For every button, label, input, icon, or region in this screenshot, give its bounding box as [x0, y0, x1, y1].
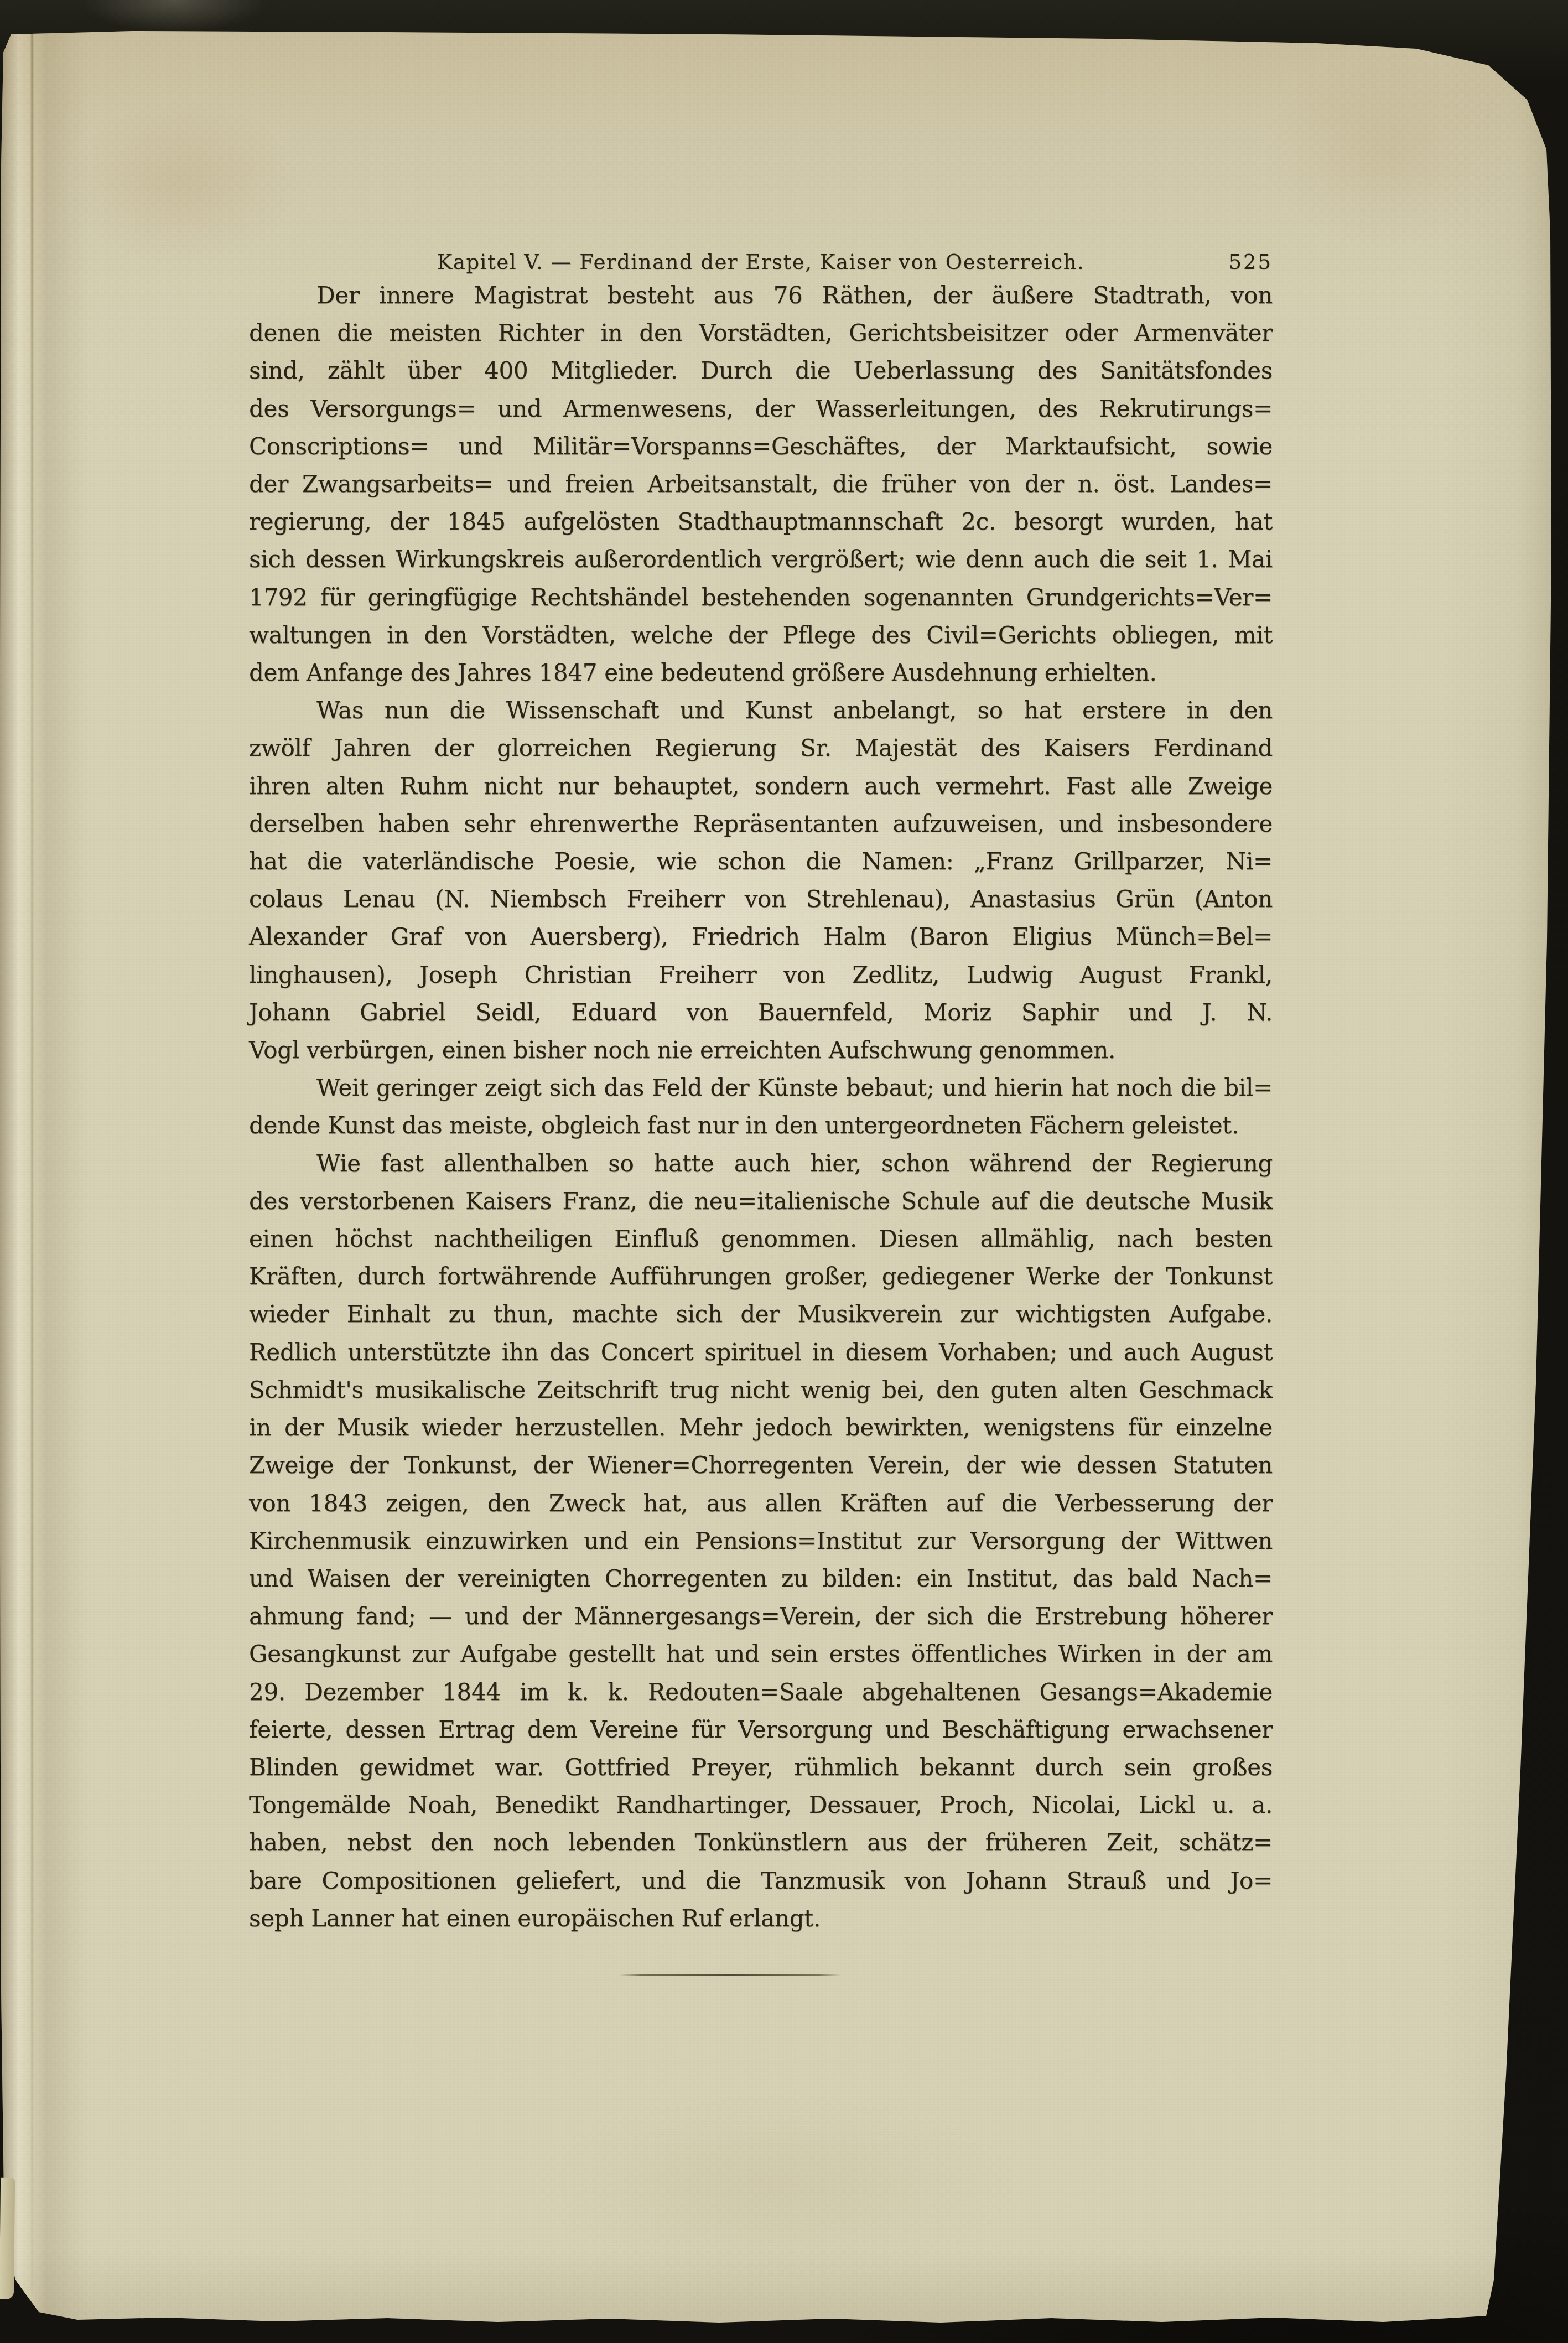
text-line: Der innere Magistrat besteht aus 76 Räth… — [249, 277, 1273, 314]
text-line: regierung, der 1845 aufgelösten Stadthau… — [249, 503, 1273, 541]
text-line: Zweige der Tonkunst, der Wiener=Chorrege… — [249, 1447, 1273, 1484]
text-line: feierte, dessen Ertrag dem Vereine für V… — [249, 1711, 1273, 1749]
text-line: Wie fast allenthalben so hatte auch hier… — [249, 1145, 1273, 1183]
section-divider-rule — [619, 1974, 841, 1976]
paper-stain — [526, 2092, 1024, 2280]
text-line: und Waisen der vereinigten Chorregenten … — [249, 1560, 1273, 1598]
book-page: Kapitel V. — Ferdinand der Erste, Kaiser… — [0, 0, 1568, 2343]
page-header: Kapitel V. — Ferdinand der Erste, Kaiser… — [249, 250, 1273, 276]
text-line: Conscriptions= und Militär=Vorspanns=Ges… — [249, 428, 1273, 465]
text-line: sind, zählt über 400 Mitglieder. Durch d… — [249, 352, 1273, 390]
text-line: dende Kunst das meiste, obgleich fast nu… — [249, 1107, 1273, 1144]
text-line: zwölf Jahren der glorreichen Regierung S… — [249, 729, 1273, 767]
text-line: waltungen in den Vorstädten, welche der … — [249, 616, 1273, 654]
underlying-page-edge — [0, 2178, 15, 2299]
text-line: des Versorgungs= und Armenwesens, der Wa… — [249, 390, 1273, 428]
text-line: ihren alten Ruhm nicht nur behauptet, so… — [249, 768, 1273, 805]
text-line: hat die vaterländische Poesie, wie schon… — [249, 843, 1273, 880]
text-line: denen die meisten Richter in den Vorstäd… — [249, 314, 1273, 352]
text-line: ahmung fand; — und der Männergesangs=Ver… — [249, 1598, 1273, 1635]
text-line: Kirchenmusik einzuwirken und ein Pension… — [249, 1522, 1273, 1560]
text-line: wieder Einhalt zu thun, machte sich der … — [249, 1295, 1273, 1333]
paper-stain — [1261, 50, 1516, 249]
page-text: Der innere Magistrat besteht aus 76 Räth… — [249, 277, 1273, 1937]
page-number: 525 — [1228, 250, 1273, 274]
text-line: haben, nebst den noch lebenden Tonkünstl… — [249, 1824, 1273, 1862]
running-title: Kapitel V. — Ferdinand der Erste, Kaiser… — [249, 250, 1273, 274]
text-line: Vogl verbürgen, einen bisher noch nie er… — [249, 1031, 1273, 1069]
text-line: Redlich unterstützte ihn das Concert spi… — [249, 1334, 1273, 1371]
text-line: Alexander Graf von Auersberg), Friedrich… — [249, 918, 1273, 956]
text-line: Johann Gabriel Seidl, Eduard von Bauernf… — [249, 994, 1273, 1031]
text-line: in der Musik wieder herzustellen. Mehr j… — [249, 1409, 1273, 1447]
text-line: des verstorbenen Kaisers Franz, die neu=… — [249, 1183, 1273, 1220]
text-line: linghausen), Joseph Christian Freiherr v… — [249, 956, 1273, 994]
text-line: colaus Lenau (N. Niembsch Freiherr von S… — [249, 880, 1273, 918]
text-line: bare Compositionen geliefert, und die Ta… — [249, 1862, 1273, 1900]
text-line: derselben haben sehr ehrenwerthe Repräse… — [249, 805, 1273, 843]
text-line: 1792 für geringfügige Rechtshändel beste… — [249, 579, 1273, 616]
text-line: der Zwangsarbeits= und freien Arbeitsans… — [249, 465, 1273, 503]
text-line: Weit geringer zeigt sich das Feld der Kü… — [249, 1069, 1273, 1107]
text-line: sich dessen Wirkungskreis außerordentlic… — [249, 541, 1273, 578]
text-line: Gesangkunst zur Aufgabe gestellt hat und… — [249, 1635, 1273, 1673]
scan-background: Kapitel V. — Ferdinand der Erste, Kaiser… — [0, 0, 1568, 2343]
text-line: Tongemälde Noah, Benedikt Randhartinger,… — [249, 1786, 1273, 1824]
text-line: 29. Dezember 1844 im k. k. Redouten=Saal… — [249, 1673, 1273, 1711]
gutter-crease — [31, 33, 33, 2291]
text-line: Was nun die Wissenschaft und Kunst anbel… — [249, 692, 1273, 729]
text-line: einen höchst nachtheiligen Einfluß genom… — [249, 1220, 1273, 1258]
text-line: Kräften, durch fortwährende Aufführungen… — [249, 1258, 1273, 1295]
text-line: Blinden gewidmet war. Gottfried Preyer, … — [249, 1749, 1273, 1786]
text-line: von 1843 zeigen, den Zweck hat, aus alle… — [249, 1485, 1273, 1522]
paper-stain — [66, 100, 299, 266]
text-line: dem Anfange des Jahres 1847 eine bedeute… — [249, 654, 1273, 692]
text-line: Schmidt's musikalische Zeitschrift trug … — [249, 1371, 1273, 1409]
text-line: seph Lanner hat einen europäischen Ruf e… — [249, 1900, 1273, 1937]
